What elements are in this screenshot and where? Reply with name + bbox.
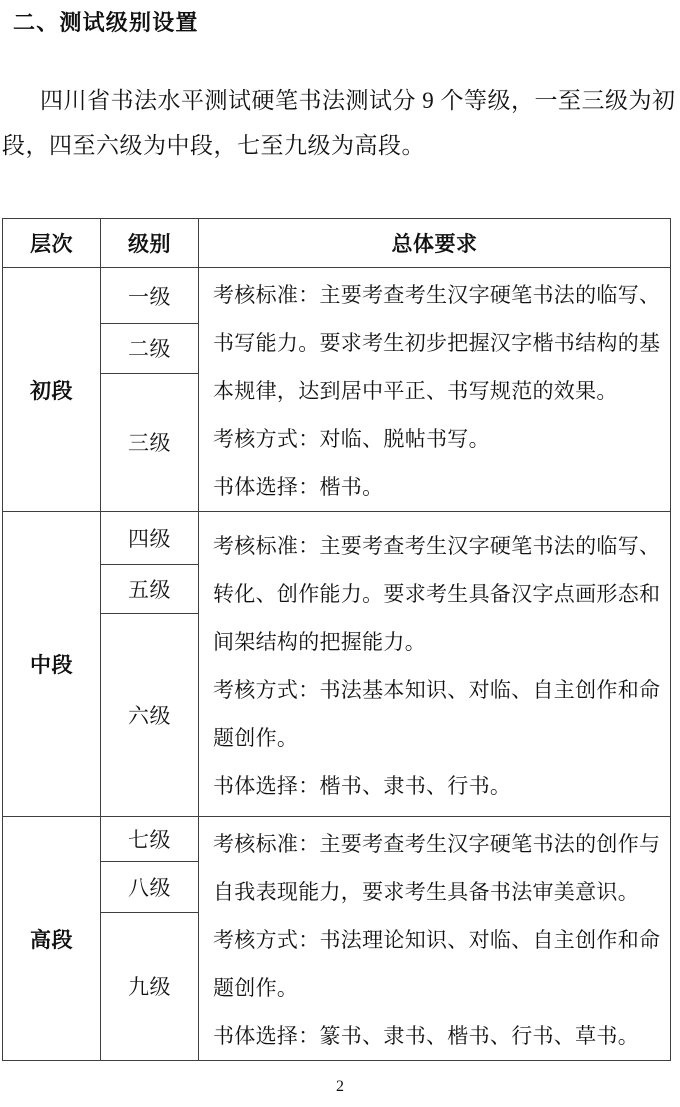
tier-cell-beginner: 初段: [3, 268, 101, 512]
tier-cell-intermediate: 中段: [3, 512, 101, 817]
level-cell-3: 三级: [101, 373, 199, 511]
requirement-line: 书写能力。要求考生初步把握汉字楷书结构的基: [213, 319, 664, 367]
requirement-line: 自我表现能力，要求考生具备书法审美意识。: [213, 868, 664, 916]
requirement-line: 考核标准：主要考查考生汉字硬笔书法的临写、: [213, 522, 664, 570]
page-number: 2: [0, 1078, 680, 1096]
level-cell-2: 二级: [101, 324, 199, 373]
table-row: 高段 七级 考核标准：主要考查考生汉字硬笔书法的创作与 自我表现能力，要求考生具…: [3, 817, 671, 862]
requirement-line: 间架结构的把握能力。: [213, 618, 664, 666]
requirements-cell-advanced: 考核标准：主要考查考生汉字硬笔书法的创作与 自我表现能力，要求考生具备书法审美意…: [199, 817, 671, 1061]
requirement-line: 考核标准：主要考查考生汉字硬笔书法的临写、: [213, 271, 664, 319]
header-requirements: 总体要求: [199, 219, 671, 268]
requirements-cell-beginner: 考核标准：主要考查考生汉字硬笔书法的临写、 书写能力。要求考生初步把握汉字楷书结…: [199, 268, 671, 512]
level-cell-1: 一级: [101, 268, 199, 324]
test-levels-table: 层次 级别 总体要求 初段 一级 考核标准：主要考查考生汉字硬笔书法的临写、 书…: [2, 218, 671, 1061]
level-cell-5: 五级: [101, 565, 199, 614]
requirement-line: 书体选择：楷书。: [213, 463, 664, 511]
requirement-line: 书体选择：篆书、隶书、楷书、行书、草书。: [213, 1012, 664, 1060]
level-cell-4: 四级: [101, 512, 199, 565]
level-cell-8: 八级: [101, 862, 199, 912]
intro-paragraph-line-2: 段，四至六级为中段，七至九级为高段。: [2, 127, 425, 160]
requirement-line: 考核方式：书法基本知识、对临、自主创作和命: [213, 666, 664, 714]
requirement-line: 考核标准：主要考查考生汉字硬笔书法的创作与: [213, 820, 664, 868]
requirement-line: 书体选择：楷书、隶书、行书。: [213, 762, 664, 810]
document-page: 二、测试级别设置 四川省书法水平测试硬笔书法测试分 9 个等级，一至三级为初 段…: [0, 0, 680, 1107]
header-tier: 层次: [3, 219, 101, 268]
level-cell-7: 七级: [101, 817, 199, 862]
tier-cell-advanced: 高段: [3, 817, 101, 1061]
requirement-line: 题创作。: [213, 714, 664, 762]
level-cell-6: 六级: [101, 614, 199, 817]
header-level: 级别: [101, 219, 199, 268]
intro-paragraph-line-1: 四川省书法水平测试硬笔书法测试分 9 个等级，一至三级为初: [40, 82, 676, 115]
requirement-line: 考核方式：书法理论知识、对临、自主创作和命: [213, 916, 664, 964]
table-header-row: 层次 级别 总体要求: [3, 219, 671, 268]
requirement-line: 转化、创作能力。要求考生具备汉字点画形态和: [213, 570, 664, 618]
table-row: 初段 一级 考核标准：主要考查考生汉字硬笔书法的临写、 书写能力。要求考生初步把…: [3, 268, 671, 324]
level-cell-9: 九级: [101, 912, 199, 1060]
requirement-line: 题创作。: [213, 964, 664, 1012]
requirements-cell-intermediate: 考核标准：主要考查考生汉字硬笔书法的临写、 转化、创作能力。要求考生具备汉字点画…: [199, 512, 671, 817]
requirement-line: 考核方式：对临、脱帖书写。: [213, 415, 664, 463]
section-heading: 二、测试级别设置: [13, 6, 199, 37]
requirement-line: 本规律，达到居中平正、书写规范的效果。: [213, 367, 664, 415]
table-row: 中段 四级 考核标准：主要考查考生汉字硬笔书法的临写、 转化、创作能力。要求考生…: [3, 512, 671, 565]
